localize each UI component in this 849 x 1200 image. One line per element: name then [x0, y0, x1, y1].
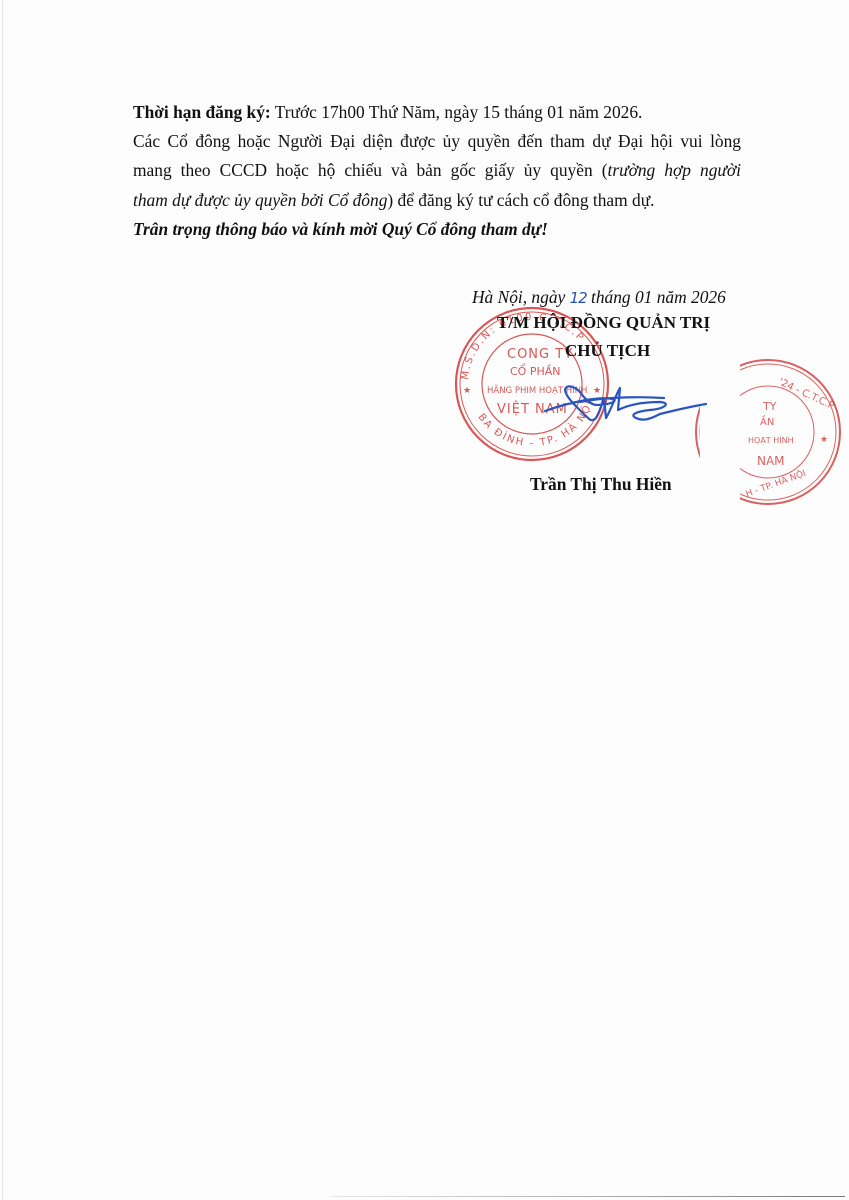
- signer-name: Trần Thị Thu Hiền: [530, 474, 672, 495]
- seal-and-signature-graphics: M.S.D.N: 0100 C.T.C.P BA ĐÌNH - TP. HÀ N…: [0, 0, 849, 1200]
- seal-center-line-2: CỔ PHẦN: [510, 363, 561, 378]
- place-date-prefix: Hà Nội, ngày: [472, 287, 570, 307]
- seal-center-line-4: VIỆT NAM: [497, 401, 568, 417]
- seal-edge-line-3: HOẠT HÌNH: [748, 434, 794, 446]
- seal-edge-line-2: ẦN: [760, 414, 774, 428]
- place-date-suffix: tháng 01 năm 2026: [587, 287, 726, 307]
- document-page: Thời hạn đăng ký: Trước 17h00 Thứ Năm, n…: [0, 0, 849, 1200]
- seal-edge-star-icon: ★: [820, 435, 828, 445]
- seal-edge-ring-bottom: H - TP. HÀ NỘI: [744, 467, 808, 500]
- place-date: Hà Nội, ngày 12 tháng 01 năm 2026: [472, 287, 726, 308]
- signer-title: CHỦ TỊCH: [565, 341, 650, 361]
- on-behalf-of-board: T/M HỘI ĐỒNG QUẢN TRỊ: [497, 313, 710, 333]
- seal-center-line-1: CONG TY: [507, 347, 573, 362]
- handwritten-day: 12: [570, 289, 587, 307]
- seal-edge-line-4: NAM: [757, 454, 785, 468]
- seal-star-right-icon: ★: [593, 386, 601, 396]
- seal-star-left-icon: ★: [463, 386, 471, 396]
- company-seal-edge: [696, 340, 840, 530]
- seal-edge-line-1: TY: [762, 400, 777, 413]
